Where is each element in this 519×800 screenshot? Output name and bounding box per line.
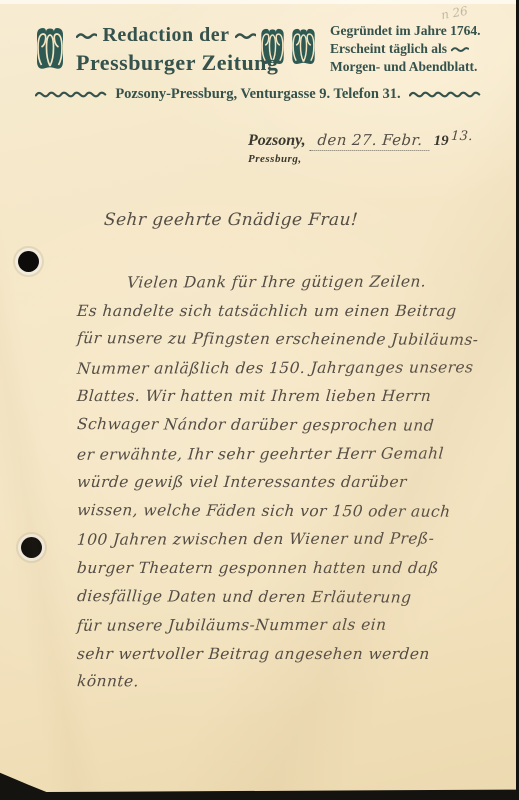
printed-city-secondary: Pressburg, — [248, 153, 498, 165]
handwritten-line: burger Theatern gesponnen hatten und daß — [76, 554, 503, 583]
handwritten-date: den 27. Febr. — [309, 131, 430, 151]
handwritten-line: Vielen Dank für Ihre gütigen Zeilen. — [76, 267, 503, 297]
handwritten-line: 100 Jahren zwischen den Wiener und Preß- — [76, 525, 503, 555]
squiggle-chain-icon — [35, 90, 107, 99]
title-line1-text: Redaction der — [102, 24, 229, 47]
founded-line: Gegründet im Jahre 1764. — [330, 22, 510, 40]
dateline: Pozsony, den 27. Febr. 19 13. Pressburg, — [248, 131, 498, 165]
letter-body: Vielen Dank für Ihre gütigen Zeilen.Es h… — [77, 268, 502, 697]
art-nouveau-tulip-icon — [288, 22, 319, 72]
letterhead-right-column: Gegründet im Jahre 1764. Erscheint tägli… — [330, 22, 510, 76]
paper-top-edge — [0, 0, 516, 4]
handwritten-line: sehr wertvoller Beitrag angesehen werden — [76, 640, 503, 669]
handwritten-year: 13. — [450, 129, 473, 144]
art-nouveau-tulip-icon — [32, 24, 68, 74]
punch-hole — [21, 537, 42, 558]
punch-hole — [18, 251, 39, 272]
title-line2-text: Pressburger Zeitung — [76, 50, 256, 76]
address-text: Pozsony-Pressburg, Venturgasse 9. Telefo… — [115, 86, 400, 103]
pencil-annotation: n 26 — [440, 4, 469, 22]
handwritten-line: für unsere zu Pfingsten erscheinende Jub… — [76, 324, 503, 354]
tilde-flourish-icon — [235, 31, 256, 41]
publish-line1: Erscheint täglich als — [330, 40, 447, 58]
publish-line2: Morgen- und Abendblatt. — [330, 58, 510, 76]
handwritten-line: Nummer anläßlich des 150. Jahrganges uns… — [76, 353, 503, 383]
letter-paper: Redaction der Pressburger Zeitung Gegrün… — [0, 0, 516, 800]
tilde-flourish-icon — [76, 31, 97, 41]
handwritten-line: für unsere Jubiläums-Nummer als ein — [76, 610, 503, 640]
salutation: Sehr geehrte Gnädige Frau! — [103, 210, 359, 230]
handwritten-line: wissen, welche Fäden sich vor 150 oder a… — [76, 496, 503, 526]
handwritten-line: Es handelte sich tatsächlich um einen Be… — [76, 297, 503, 326]
printed-city: Pozsony, — [248, 132, 306, 150]
squiggle-chain-icon — [409, 90, 481, 99]
handwritten-line: würde gewiß viel Interessantes darüber — [76, 468, 503, 497]
scanned-letter: Redaction der Pressburger Zeitung Gegrün… — [0, 0, 519, 800]
handwritten-line: Schwager Nándor darüber gesprochen und — [76, 410, 503, 440]
handwritten-line: Blattes. Wir hatten mit Ihrem lieben Her… — [76, 382, 503, 411]
handwritten-line: diesfällige Daten und deren Erläuterung — [76, 582, 503, 612]
printed-year-prefix: 19 — [434, 133, 449, 150]
handwritten-line: könnte. — [76, 667, 503, 697]
tilde-flourish-icon — [451, 45, 469, 54]
newspaper-title: Redaction der Pressburger Zeitung — [76, 24, 256, 76]
handwritten-line: er erwähnte, Ihr sehr geehrter Herr Gema… — [76, 439, 503, 469]
address-line: Pozsony-Pressburg, Venturgasse 9. Telefo… — [0, 86, 516, 103]
